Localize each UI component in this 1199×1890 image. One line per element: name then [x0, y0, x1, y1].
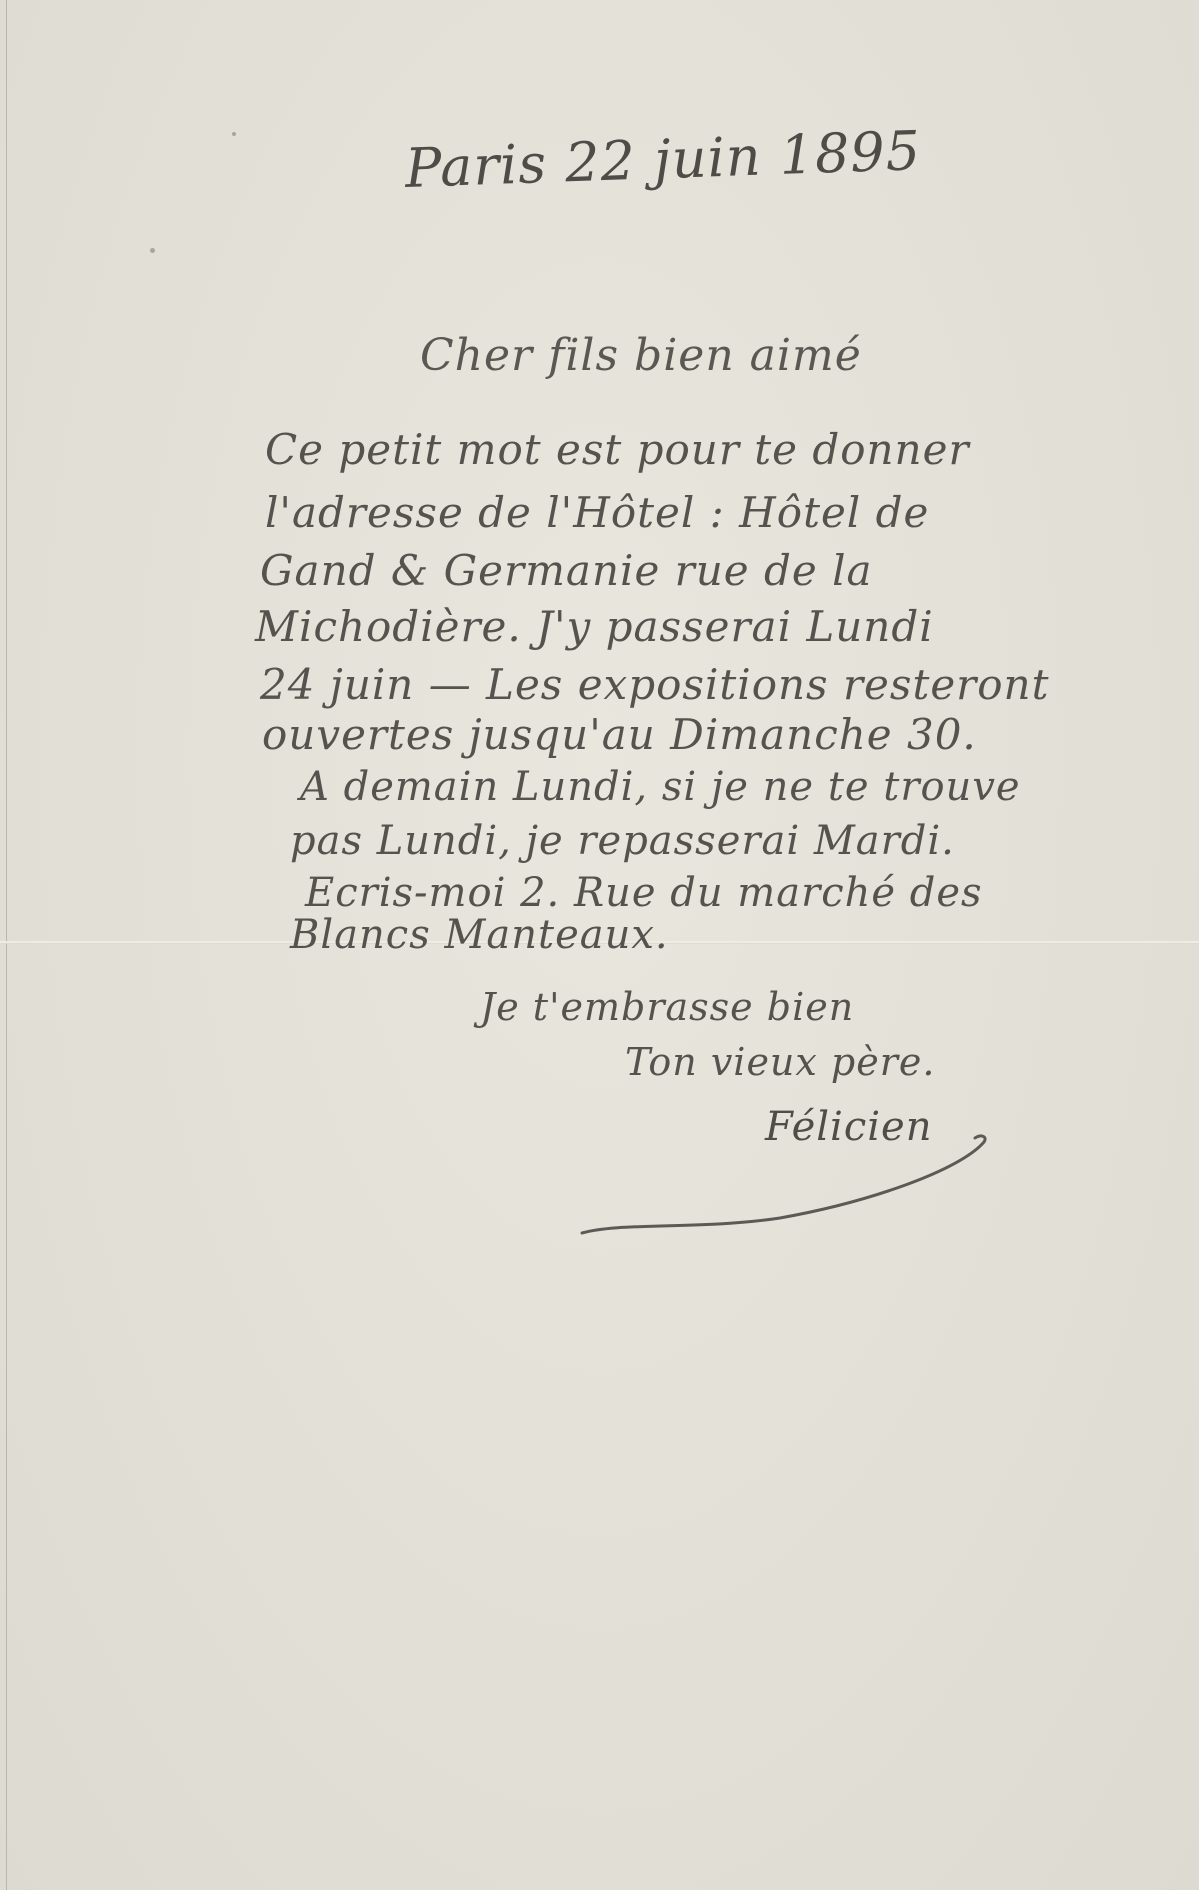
letter-body-line: Ecris-moi 2. Rue du marché des	[305, 870, 983, 916]
paper-speck	[150, 248, 155, 253]
letter-body-line: Ce petit mot est pour te donner	[265, 425, 970, 474]
letter-body-line: Blancs Manteaux.	[290, 912, 669, 958]
letter-page: Paris 22 juin 1895 Cher fils bien aimé C…	[0, 0, 1199, 1890]
signature-flourish-icon	[580, 1130, 1000, 1250]
letter-closing: Ton vieux père.	[625, 1040, 935, 1084]
page-edge-line	[6, 0, 7, 1890]
letter-body-line: Gand & Germanie rue de la	[260, 546, 873, 595]
letter-body-line: 24 juin — Les expositions resteront	[260, 660, 1049, 709]
letter-salutation: Cher fils bien aimé	[420, 330, 862, 381]
paper-speck	[232, 132, 236, 136]
letter-body-line: pas Lundi, je repasserai Mardi.	[290, 818, 955, 864]
letter-date: Paris 22 juin 1895	[404, 119, 922, 200]
letter-body-line: ouvertes jusqu'au Dimanche 30.	[262, 710, 977, 759]
letter-body-line: A demain Lundi, si je ne te trouve	[300, 764, 1021, 810]
letter-closing: Je t'embrasse bien	[480, 985, 854, 1029]
letter-body-line: l'adresse de l'Hôtel : Hôtel de	[265, 488, 929, 537]
letter-body-line: Michodière. J'y passerai Lundi	[255, 602, 934, 651]
